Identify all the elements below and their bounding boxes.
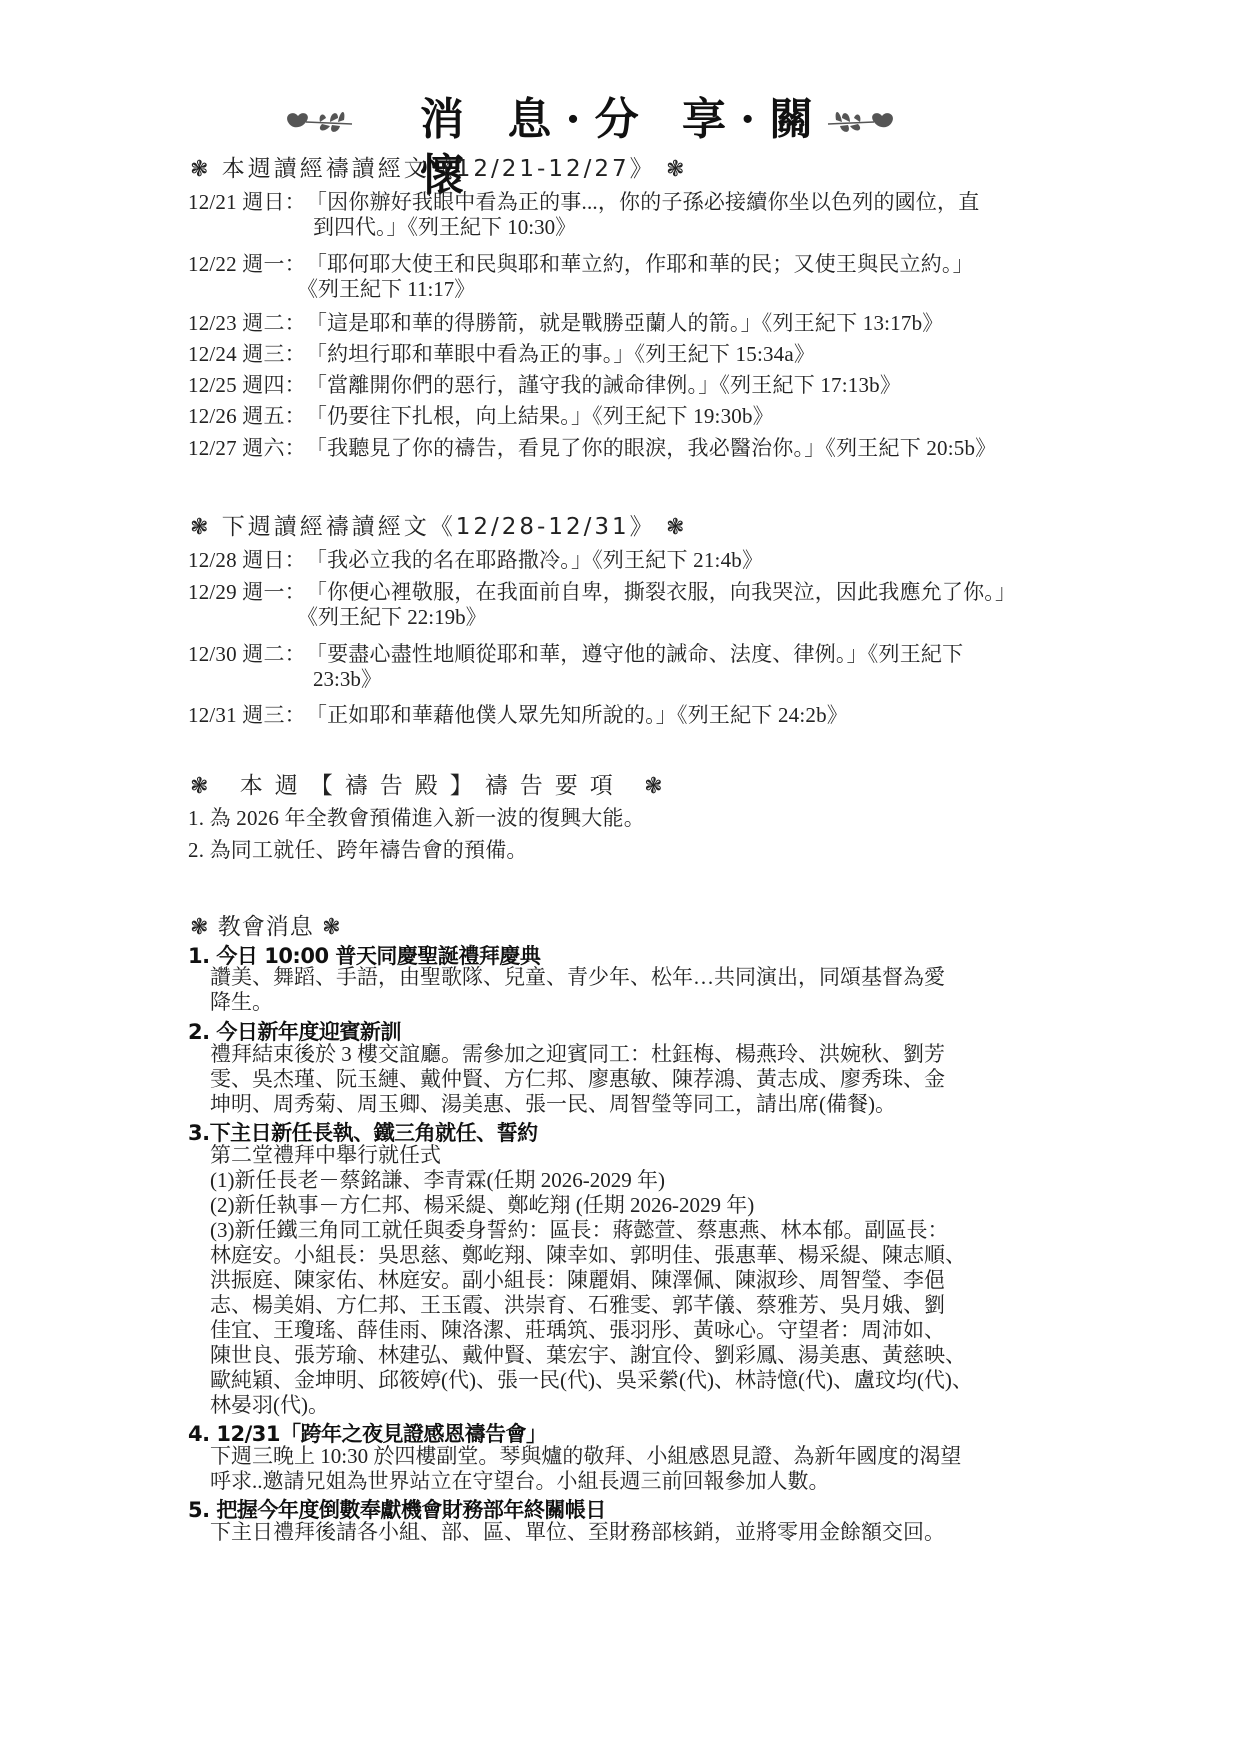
reading-item: 12/25 週四：「當離開你們的惡行，謹守我的誡命律例。」《列王紀下 17:13… [188,373,901,398]
reading-item: 12/26 週五：「仍要往下扎根，向上結果。」《列王紀下 19:30b》 [188,404,774,429]
prayer-item: 2. 為同工就任、跨年禱告會的預備。 [188,838,528,863]
reading-item-cont: 23:3b》 [313,667,382,692]
reading-item: 12/21 週日：「因你辦好我眼中看為正的事...，你的子孫必接續你坐以色列的國… [188,190,979,215]
reading-item: 12/22 週一：「耶何耶大使王和民與耶和華立約，作耶和華的民；又使王與民立約。… [188,252,974,277]
bulletin-page: 消 息·分 享·關 懷 ❃ 本週讀經禱讀經文《12/21-12/27》 ❃ 12… [0,0,1241,1755]
reading-item: 12/24 週三：「約坦行耶和華眼中看為正的事。」《列王紀下 15:34a》 [188,342,815,367]
next-week-reading-heading: ❃ 下週讀經禱讀經文《12/28-12/31》 ❃ [190,508,687,541]
this-week-reading-heading: ❃ 本週讀經禱讀經文《12/21-12/27》 ❃ [190,150,687,183]
star-icon: ❃ [190,915,209,940]
flower-branch-icon [820,100,900,140]
reading-item: 12/28 週日：「我必立我的名在耶路撒冷。」《列王紀下 21:4b》 [188,548,763,573]
reading-item: 12/23 週二：「這是耶和華的得勝箭，就是戰勝亞蘭人的箭。」《列王紀下 13:… [188,311,943,336]
star-icon: ❃ [190,515,211,540]
star-icon: ❃ [190,774,220,799]
reading-item-cont: 《列王紀下 11:17》 [297,277,475,302]
reading-item: 12/31 週三：「正如耶和華藉他僕人眾先知所說的。」《列王紀下 24:2b》 [188,703,848,728]
star-icon: ❃ [322,915,341,940]
header: 消 息·分 享·關 懷 [280,92,900,148]
prayer-item: 1. 為 2026 年全教會預備進入新一波的復興大能。 [188,806,645,831]
reading-item: 12/27 週六：「我聽見了你的禱告，看見了你的眼淚，我必醫治你。」《列王紀下 … [188,436,996,461]
star-icon: ❃ [190,157,211,182]
reading-item: 12/30 週二：「要盡心盡性地順從耶和華，遵守他的誡命、法度、律例。」《列王紀… [188,642,963,667]
star-icon: ❃ [666,157,687,182]
star-icon: ❃ [666,515,687,540]
reading-item-cont: 到四代。」《列王紀下 10:30》 [313,215,576,240]
star-icon: ❃ [644,774,674,799]
flower-branch-icon [280,100,360,140]
prayer-heading: ❃ 本週【禱告殿】禱告要項 ❃ [190,767,675,800]
reading-item-cont: 《列王紀下 22:19b》 [297,605,487,630]
news-heading: ❃ 教會消息 ❃ [190,908,342,941]
reading-item: 12/29 週一：「你便心裡敬服，在我面前自卑，撕裂衣服，向我哭泣，因此我應允了… [188,580,1016,605]
